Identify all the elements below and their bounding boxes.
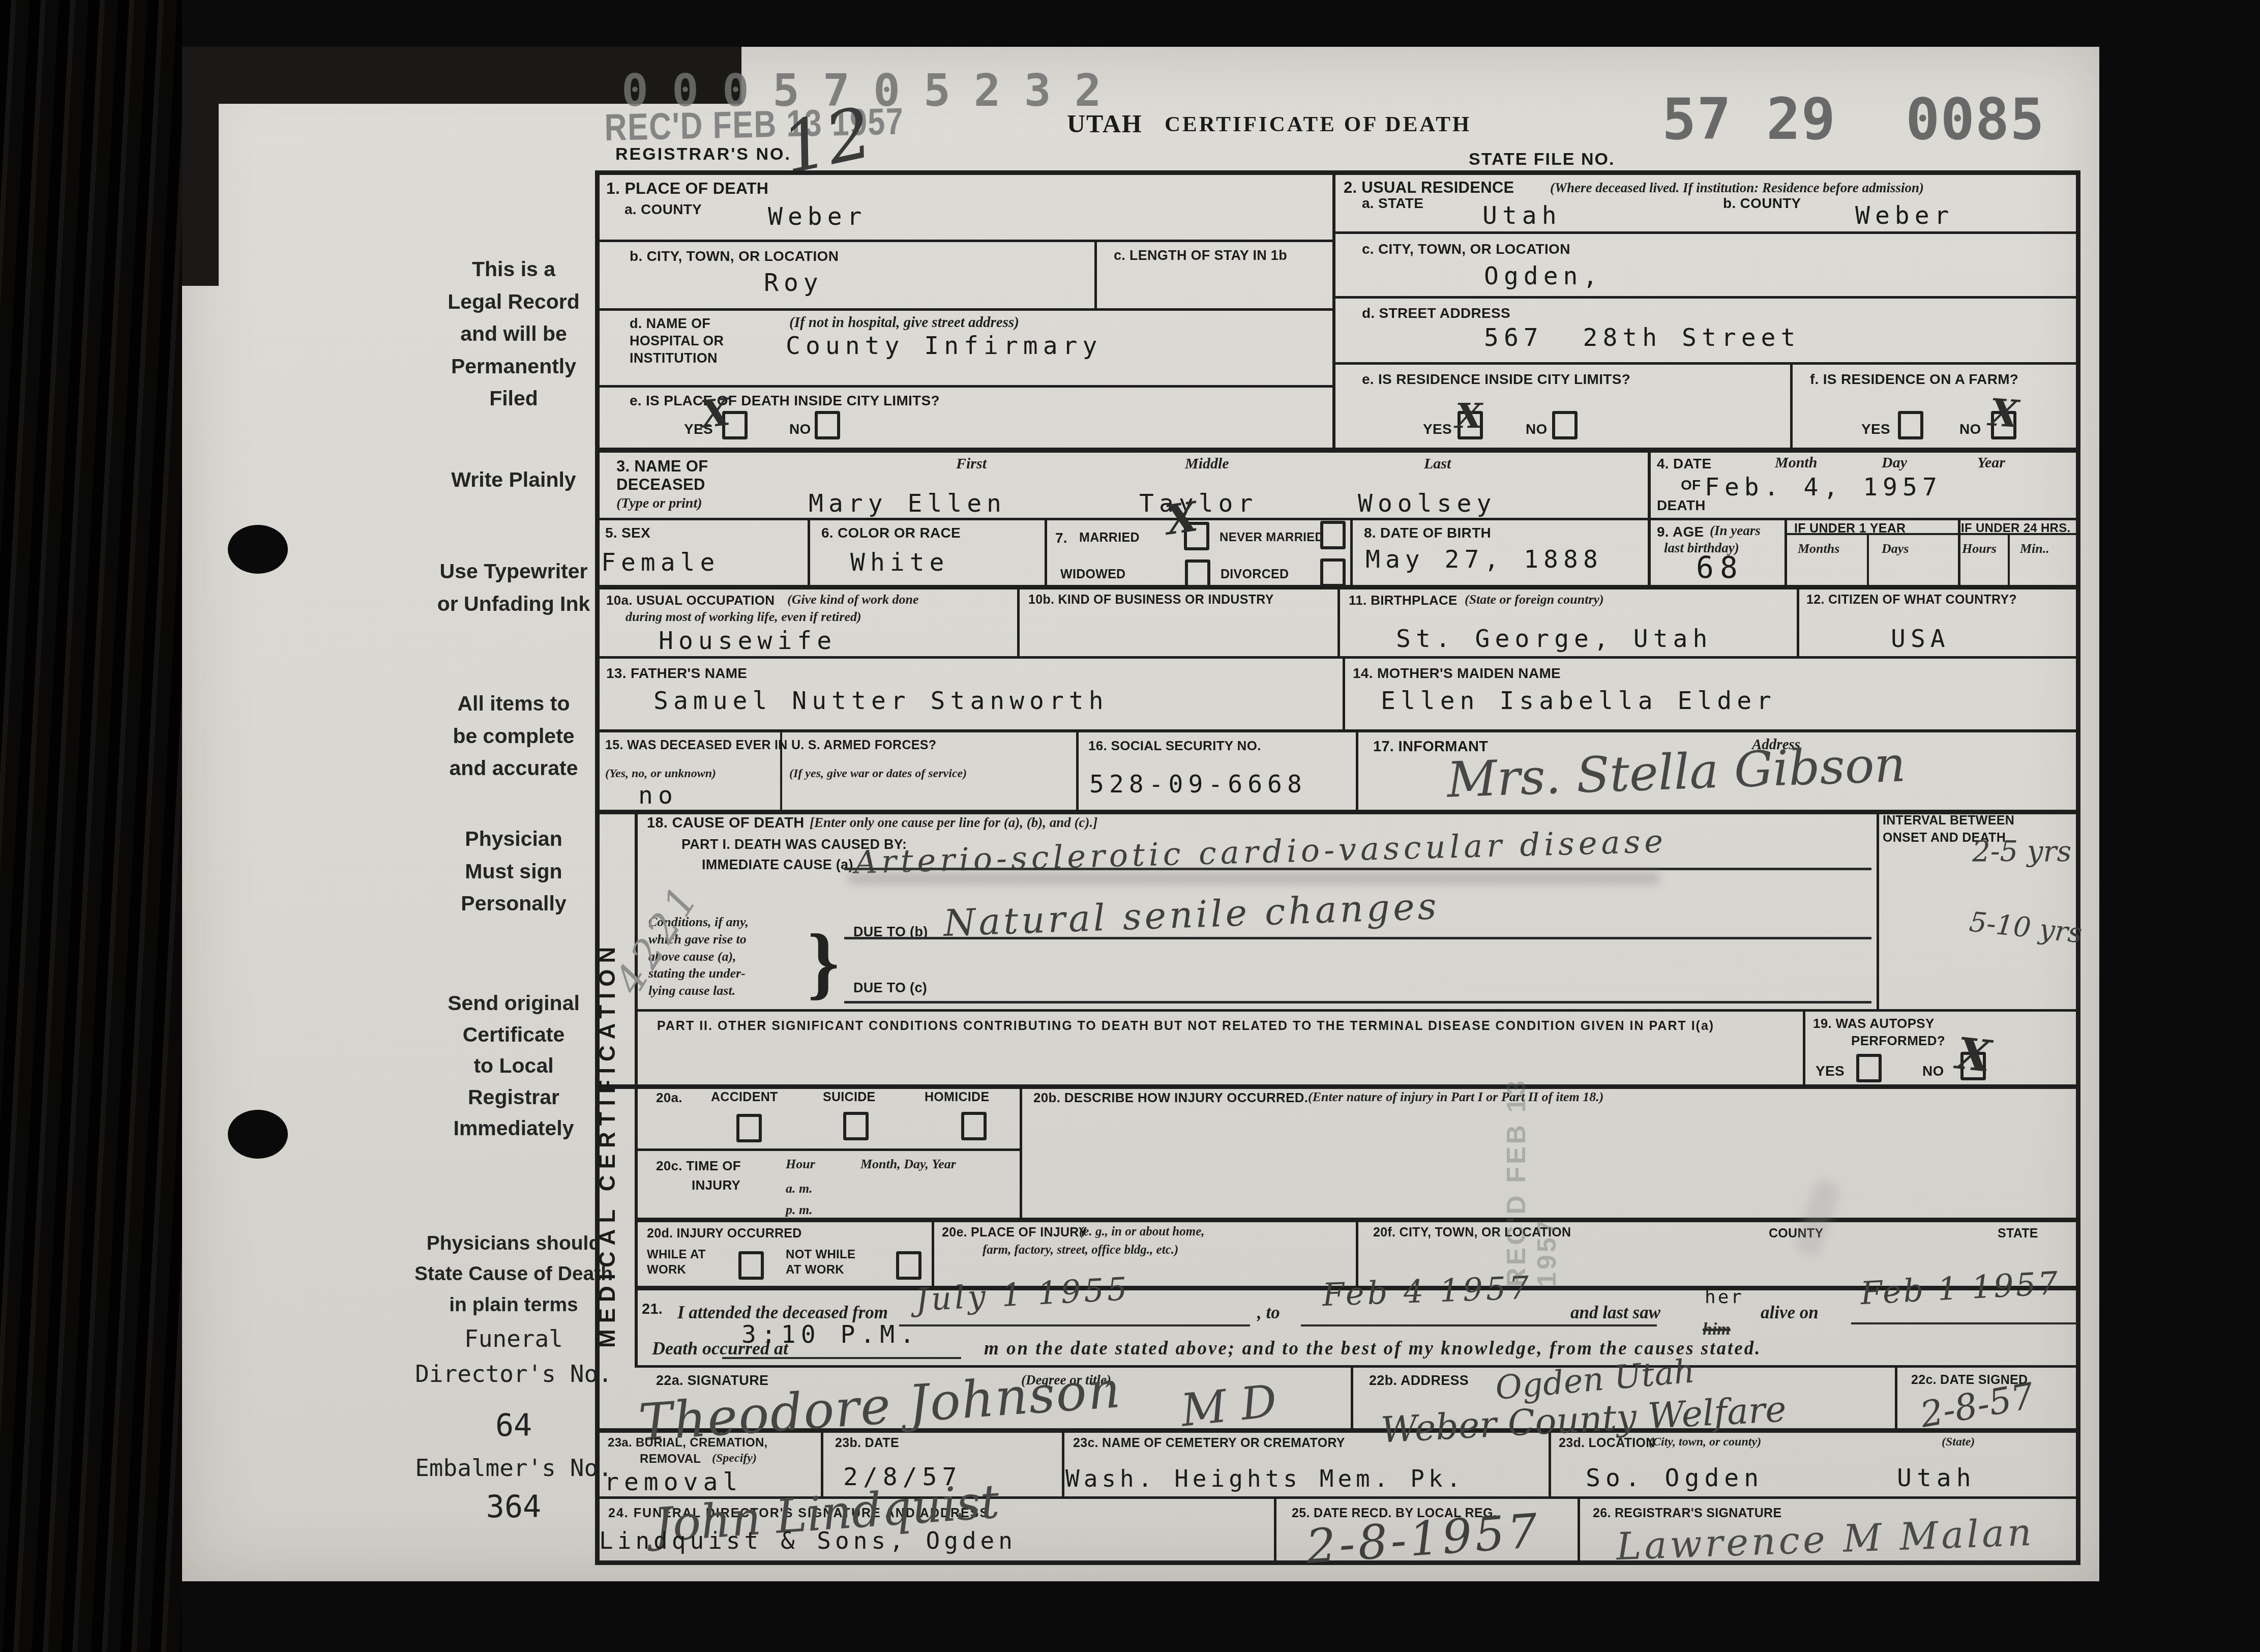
field-20a-suicide-checkbox bbox=[843, 1112, 869, 1140]
field-7-divorced-label: DIVORCED bbox=[1221, 567, 1289, 582]
field-21-text3: and last saw bbox=[1570, 1301, 1660, 1324]
field-20c-label2: INJURY bbox=[692, 1177, 740, 1194]
field-20c-hour-label: Hour bbox=[786, 1156, 815, 1173]
field-20e-note: (e. g., in or about home, bbox=[1079, 1224, 1205, 1241]
grid-line bbox=[1332, 296, 2077, 299]
field-1d-label: d. NAME OF HOSPITAL OR INSTITUTION bbox=[630, 315, 724, 367]
field-4-value: Feb. 4, 1957 bbox=[1705, 473, 1942, 501]
field-23d-label: 23d. LOCATION bbox=[1559, 1435, 1655, 1451]
field-2f-no-label: NO bbox=[1959, 420, 1981, 438]
field-7-widowed-label: WIDOWED bbox=[1060, 567, 1125, 582]
field-14-value: Ellen Isabella Elder bbox=[1381, 687, 1776, 715]
field-20c-label: 20c. TIME OF bbox=[656, 1158, 741, 1174]
punch-hole-top bbox=[228, 525, 288, 574]
field-19-yes-label: YES bbox=[1816, 1062, 1845, 1080]
field-18-part2-label: PART II. OTHER SIGNIFICANT CONDITIONS CO… bbox=[657, 1018, 1714, 1034]
field-2f-no-mark: X bbox=[1988, 391, 2020, 436]
field-21-her-typed: her bbox=[1705, 1287, 1744, 1308]
field-10a-note2: during most of working life, even if ret… bbox=[626, 608, 861, 626]
grid-line bbox=[635, 1009, 2080, 1012]
grid-line bbox=[1045, 518, 1047, 587]
field-19-no-label: NO bbox=[1922, 1062, 1944, 1080]
punch-hole-bottom bbox=[228, 1110, 288, 1159]
ink-bleed-stamp: REC'D FEB 13 1957 bbox=[1501, 1048, 1562, 1287]
field-20e-note2: farm, factory, street, office bldg., etc… bbox=[983, 1242, 1178, 1259]
title-state: UTAH bbox=[1067, 108, 1143, 140]
medical-certification-sidebar: MEDICAL CERTIFICATION bbox=[595, 824, 620, 1348]
field-2e-no-checkbox bbox=[1552, 411, 1578, 439]
field-3-note: (Type or print) bbox=[616, 494, 702, 513]
grid-line bbox=[1332, 362, 2077, 365]
field-4-year-label: Year bbox=[1977, 453, 2005, 473]
field-3-label: 3. NAME OF bbox=[616, 457, 708, 477]
state-file-no-label: STATE FILE NO. bbox=[1469, 149, 1615, 170]
state-file-no-stamp: 57 29 0085 bbox=[1662, 86, 2045, 153]
field-1d-note: (If not in hospital, give street address… bbox=[789, 313, 1019, 333]
field-18-due-c-label: DUE TO (c) bbox=[853, 980, 927, 997]
field-1b-value: Roy bbox=[764, 269, 823, 297]
field-1a-value: Weber bbox=[768, 202, 867, 231]
field-9-under1-label: IF UNDER 1 YEAR bbox=[1794, 521, 1906, 537]
field-20d-notwhile-label: NOT WHILE AT WORK bbox=[786, 1247, 855, 1278]
field-12-label: 12. CITIZEN OF WHAT COUNTRY? bbox=[1806, 592, 2017, 608]
attended-to-rule bbox=[1301, 1324, 1657, 1326]
grid-line bbox=[932, 1218, 934, 1288]
field-2b-value: Weber bbox=[1855, 201, 1954, 230]
field-2f-yes-label: YES bbox=[1861, 420, 1890, 438]
field-4-label2: OF bbox=[1681, 476, 1701, 494]
field-1e-no-label: NO bbox=[789, 420, 811, 438]
time-rule bbox=[722, 1357, 961, 1359]
field-20f-state-label: STATE bbox=[1998, 1226, 2038, 1242]
field-3-first-label: First bbox=[956, 454, 987, 474]
field-4-label: 4. DATE bbox=[1657, 455, 1711, 473]
field-20a-accident-checkbox bbox=[736, 1114, 762, 1142]
field-21-text4: alive on bbox=[1761, 1301, 1819, 1324]
grid-line bbox=[1351, 1365, 1353, 1431]
field-2d-label: d. STREET ADDRESS bbox=[1362, 304, 1510, 322]
field-2f-label: f. IS RESIDENCE ON A FARM? bbox=[1810, 370, 2018, 388]
field-3-middle-label: Middle bbox=[1185, 454, 1229, 474]
grid-line bbox=[595, 170, 2080, 175]
field-21-time-value: 3:10 P.M. bbox=[741, 1320, 919, 1349]
field-23-state-label: (State) bbox=[1942, 1434, 1975, 1450]
grid-line bbox=[1797, 585, 1799, 659]
field-19-label1: 19. WAS AUTOPSY bbox=[1813, 1015, 1935, 1032]
field-2e-no-label: NO bbox=[1526, 420, 1548, 438]
field-14-label: 14. MOTHER'S MAIDEN NAME bbox=[1353, 664, 1561, 682]
field-19-no-mark: X bbox=[1954, 1028, 1994, 1082]
field-5-label: 5. SEX bbox=[605, 524, 650, 542]
grid-line bbox=[1803, 1009, 1805, 1087]
film-edge-strip bbox=[0, 0, 182, 1652]
grid-line bbox=[1877, 810, 1879, 1012]
field-2c-label: c. CITY, TOWN, OR LOCATION bbox=[1362, 240, 1570, 258]
field-6-value: White bbox=[850, 548, 949, 577]
field-3-last-value: Woolsey bbox=[1358, 489, 1496, 518]
field-23c-label: 23c. NAME OF CEMETERY OR CREMATORY bbox=[1073, 1435, 1345, 1451]
field-1-title: 1. PLACE OF DEATH bbox=[606, 178, 768, 198]
margin-note-physician-sign: Physician Must sign Personally bbox=[346, 823, 681, 920]
cause-b-rule bbox=[844, 937, 1871, 939]
field-23a-value: removal bbox=[604, 1468, 742, 1496]
margin-note-send-original: Send original Certificate to Local Regis… bbox=[346, 988, 681, 1144]
grid-line bbox=[1895, 1365, 1897, 1431]
field-9-note: (In years bbox=[1710, 522, 1761, 540]
field-13-value: Samuel Nutter Stanworth bbox=[653, 687, 1109, 715]
grid-line bbox=[1867, 533, 1869, 587]
field-7-married-mark: X bbox=[1163, 492, 1201, 544]
grid-line bbox=[1017, 585, 1020, 659]
field-13-label: 13. FATHER'S NAME bbox=[606, 664, 747, 682]
field-20d-notwhile-checkbox bbox=[896, 1251, 921, 1280]
grid-line bbox=[635, 1365, 2080, 1368]
field-20b-label: 20b. DESCRIBE HOW INJURY OCCURRED. bbox=[1033, 1089, 1308, 1106]
field-7-never-married-checkbox bbox=[1320, 521, 1346, 549]
grid-line bbox=[1350, 518, 1353, 587]
last-seen-rule bbox=[1851, 1322, 2077, 1324]
field-1e-no-checkbox bbox=[815, 411, 840, 439]
conditions-brace: } bbox=[808, 910, 839, 1015]
field-19-yes-checkbox bbox=[1856, 1054, 1882, 1082]
field-22a-degree-value: M D bbox=[1178, 1374, 1279, 1436]
field-11-value: St. George, Utah bbox=[1396, 625, 1712, 653]
field-2d-value: 567 28th Street bbox=[1484, 323, 1800, 352]
field-16-label: 16. SOCIAL SECURITY NO. bbox=[1088, 737, 1261, 754]
field-2a-label: a. STATE bbox=[1362, 194, 1423, 212]
field-18-bracket-note: [Enter only one cause per line for (a), … bbox=[810, 814, 1097, 832]
grid-line bbox=[1274, 1496, 1276, 1563]
field-10b-label: 10b. KIND OF BUSINESS OR INDUSTRY bbox=[1028, 592, 1274, 608]
field-10a-value: Housewife bbox=[659, 627, 837, 655]
field-12-value: USA bbox=[1891, 625, 1950, 653]
field-1d-value: County Infirmary bbox=[786, 332, 1102, 360]
field-18-label: 18. CAUSE OF DEATH bbox=[647, 814, 804, 832]
field-9-min-label: Min.. bbox=[2020, 540, 2049, 557]
grid-line bbox=[1062, 1428, 1064, 1499]
cause-c-rule bbox=[844, 1001, 1871, 1004]
grid-line bbox=[595, 240, 1332, 242]
grid-line bbox=[595, 729, 2080, 732]
grid-line bbox=[1790, 362, 1793, 450]
grid-line bbox=[635, 810, 638, 1368]
field-9-label: 9. AGE bbox=[1657, 523, 1704, 541]
field-23a-label: 23a. BURIAL, CREMATION, bbox=[608, 1435, 767, 1451]
field-5-value: Female bbox=[601, 548, 720, 577]
grid-line bbox=[1648, 448, 1651, 588]
cause-a-smudge bbox=[847, 873, 1660, 884]
field-2f-yes-checkbox bbox=[1898, 411, 1923, 439]
grid-line bbox=[1958, 518, 1960, 587]
field-2e-label: e. IS RESIDENCE INSIDE CITY LIMITS? bbox=[1362, 370, 1630, 388]
field-1e-label: e. IS PLACE OF DEATH INSIDE CITY LIMITS? bbox=[630, 392, 940, 409]
scanned-death-certificate: 0005705232 REC'D FEB 13 1957 REGISTRAR'S… bbox=[0, 0, 2260, 1652]
field-7-married-label: MARRIED bbox=[1079, 530, 1140, 546]
grid-line bbox=[1343, 656, 1345, 732]
grid-line bbox=[1356, 729, 1358, 812]
field-23d-note: (City, town, or county) bbox=[1649, 1434, 1761, 1450]
field-9-value: 68 bbox=[1696, 550, 1744, 585]
field-24-value: Lindquist & Sons, Ogden bbox=[599, 1527, 1017, 1554]
field-3-label2: DECEASED bbox=[616, 475, 705, 495]
grid-line bbox=[1785, 518, 1787, 587]
field-2e-yes-mark: X bbox=[1455, 396, 1482, 436]
field-10a-label: 10a. USUAL OCCUPATION bbox=[606, 592, 775, 609]
field-3-last-label: Last bbox=[1424, 454, 1451, 474]
grid-line bbox=[595, 385, 1332, 388]
field-20a-homicide-checkbox bbox=[961, 1112, 987, 1140]
field-23b-label: 23b. DATE bbox=[835, 1435, 899, 1451]
scan-shadow-left bbox=[182, 47, 219, 286]
grid-line bbox=[1332, 231, 2077, 234]
grid-line bbox=[595, 518, 2080, 520]
grid-line bbox=[1337, 585, 1340, 659]
grid-line bbox=[1094, 240, 1097, 311]
field-4-day-label: Day bbox=[1882, 453, 1907, 473]
field-4-label3: DEATH bbox=[1657, 496, 1706, 514]
field-20c-am-label: a. m. bbox=[786, 1180, 813, 1197]
field-20c-pm-label: p. m. bbox=[786, 1201, 813, 1219]
field-20a-num: 20a. bbox=[656, 1089, 682, 1106]
field-1e-yes-mark: X bbox=[699, 390, 732, 437]
field-2b-label: b. COUNTY bbox=[1723, 194, 1801, 212]
grid-line bbox=[2076, 170, 2080, 1565]
field-18-interval-a-value: 2-5 yrs bbox=[1972, 835, 2071, 868]
field-20a-suicide-label: SUICIDE bbox=[823, 1089, 876, 1105]
field-20c-mdy-label: Month, Day, Year bbox=[860, 1156, 956, 1173]
field-23a-note: (Specify) bbox=[712, 1451, 757, 1466]
field-18-interval-label1: INTERVAL BETWEEN bbox=[1883, 813, 2014, 829]
field-26-label: 26. REGISTRAR'S SIGNATURE bbox=[1593, 1506, 1781, 1521]
field-15-note1: (Yes, no, or unknown) bbox=[605, 766, 716, 782]
cause-a-rule bbox=[844, 868, 1871, 870]
field-23c-value: Wash. Heights Mem. Pk. bbox=[1065, 1465, 1465, 1492]
field-4-month-label: Month bbox=[1775, 453, 1817, 473]
field-21-text2: , to bbox=[1257, 1301, 1280, 1324]
margin-note-plain-terms: Physicians should State Cause of Death i… bbox=[346, 1228, 681, 1320]
field-11-note: (State or foreign country) bbox=[1465, 591, 1604, 608]
field-23-state-value: Utah bbox=[1897, 1464, 1976, 1492]
field-15-label: 15. WAS DECEASED EVER IN U. S. ARMED FOR… bbox=[605, 737, 936, 753]
grid-line bbox=[1578, 1496, 1580, 1563]
grid-line bbox=[1020, 1084, 1022, 1220]
field-3-middle-value: Taylor bbox=[1139, 489, 1258, 518]
registrar-no-label: REGISTRAR'S NO. bbox=[615, 143, 791, 165]
attended-from-rule bbox=[899, 1324, 1250, 1326]
field-19-label2: PERFORMED? bbox=[1851, 1032, 1945, 1049]
field-2c-value: Ogden, bbox=[1484, 262, 1602, 290]
field-1a-label: a. COUNTY bbox=[625, 200, 702, 218]
field-7-divorced-checkbox bbox=[1320, 558, 1346, 587]
grid-line bbox=[2008, 533, 2010, 587]
field-7-widowed-checkbox bbox=[1185, 559, 1210, 588]
field-20d-label: 20d. INJURY OCCURRED bbox=[647, 1226, 802, 1242]
field-6-label: 6. COLOR OR RACE bbox=[821, 524, 961, 542]
grid-line bbox=[1076, 729, 1079, 812]
grid-line bbox=[1332, 170, 1335, 450]
title-main: CERTIFICATE OF DEATH bbox=[1165, 111, 1471, 138]
field-1c-label: c. LENGTH OF STAY IN 1b bbox=[1114, 247, 1287, 264]
field-23a-label2: REMOVAL bbox=[640, 1452, 701, 1467]
field-20a-homicide-label: HOMICIDE bbox=[925, 1089, 989, 1105]
field-10a-note: (Give kind of work done bbox=[787, 591, 919, 608]
funeral-directors-no-label: Funeral Director's No. bbox=[346, 1321, 681, 1392]
field-20a-accident-label: ACCIDENT bbox=[711, 1089, 778, 1105]
field-23d-value: So. Ogden bbox=[1586, 1464, 1764, 1492]
field-9-under24-label: IF UNDER 24 HRS. bbox=[1961, 521, 2071, 536]
field-8-label: 8. DATE OF BIRTH bbox=[1364, 524, 1491, 542]
grid-line bbox=[808, 518, 810, 587]
field-7-num: 7. bbox=[1055, 529, 1067, 547]
field-9-hours-label: Hours bbox=[1962, 540, 1997, 557]
field-8-value: May 27, 1888 bbox=[1365, 545, 1603, 574]
field-15-note2: (If yes, give war or dates of service) bbox=[789, 766, 967, 782]
field-18-immediate-label: IMMEDIATE CAUSE (a) bbox=[702, 857, 853, 874]
grid-line bbox=[635, 1148, 1020, 1151]
grid-line bbox=[595, 448, 2080, 453]
field-20d-while-label: WHILE AT WORK bbox=[647, 1247, 706, 1278]
grid-line bbox=[595, 308, 1332, 311]
field-9-days-label: Days bbox=[1882, 540, 1909, 557]
field-22b-label: 22b. ADDRESS bbox=[1369, 1372, 1469, 1390]
field-20d-while-checkbox bbox=[738, 1251, 764, 1280]
field-7-never-married-label: NEVER MARRIED bbox=[1220, 530, 1324, 545]
field-9-months-label: Months bbox=[1798, 540, 1839, 557]
field-2a-value: Utah bbox=[1482, 201, 1562, 230]
field-21-num: 21. bbox=[642, 1300, 663, 1318]
field-3-first-value: Mary Ellen bbox=[809, 489, 1006, 518]
field-20e-label: 20e. PLACE OF INJURY bbox=[942, 1225, 1087, 1241]
field-15-value: no bbox=[638, 781, 678, 810]
field-16-value: 528-09-6668 bbox=[1089, 770, 1307, 799]
field-11-label: 11. BIRTHPLACE bbox=[1349, 592, 1458, 609]
field-1b-label: b. CITY, TOWN, OR LOCATION bbox=[630, 247, 839, 265]
field-2e-yes-label: YES bbox=[1423, 420, 1452, 438]
